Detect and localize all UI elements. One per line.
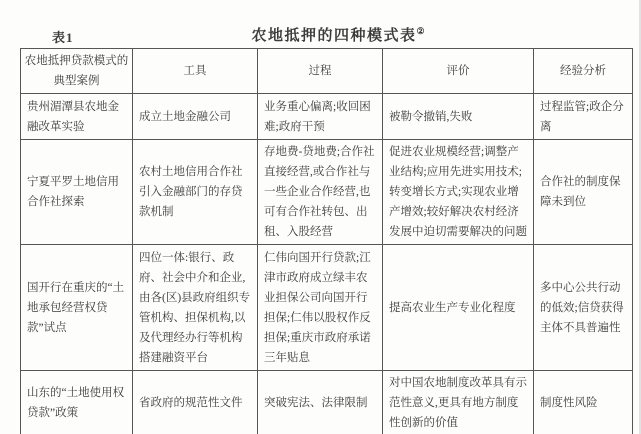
table-cell: 仁伟向国开行贷款;江津市政府成立绿丰农业担保公司向国开行担保;仁伟以股权作反担保… (258, 245, 383, 371)
table-cell: 贵州湄潭县农地金融改革实验 (21, 94, 133, 140)
table-row-shandong: 山东的“土地使用权贷款”政策 省政府的规范性文件 突破宪法、法律限制 对中国农地… (21, 371, 633, 434)
footnote-marker: ② (416, 26, 424, 36)
table-cell: 被勒令撤销,失败 (383, 94, 534, 140)
header-row: 农地抵押贷款模式的典型案例 工具 过程 评价 经验分析 (21, 49, 633, 94)
table-cell: 业务重心偏离;收回困难;政府干预 (258, 94, 383, 140)
column-header-typical-case: 农地抵押贷款模式的典型案例 (21, 49, 133, 94)
table-row-guizhou: 贵州湄潭县农地金融改革实验 成立土地金融公司 业务重心偏离;收回困难;政府干预 … (21, 94, 633, 140)
column-header-process: 过程 (258, 49, 383, 94)
table-cell: 四位一体:银行、政府、社会中介和企业,由各(区)县政府组织专管机构、担保机构,以… (133, 245, 258, 371)
table-number-label: 表1 (52, 27, 74, 46)
column-header-experience-analysis: 经验分析 (534, 49, 633, 94)
table-row-chongqing: 国开行在重庆的“土地承包经营权贷款”试点 四位一体:银行、政府、社会中介和企业,… (21, 245, 633, 371)
table-cell: 国开行在重庆的“土地承包经营权贷款”试点 (21, 245, 133, 371)
table-cell: 合作社的制度保障未到位 (534, 140, 633, 245)
table-cell: 过程监管;政企分离 (534, 94, 633, 140)
table-cell: 促进农业规模经营;调整产业结构;应用先进实用技术;转变增长方式;实现农业增产增效… (383, 140, 534, 245)
table-title-text: 农地抵押的四种模式表 (251, 28, 416, 44)
table-cell: 提高农业生产专业化程度 (383, 245, 534, 371)
table-cell: 突破宪法、法律限制 (258, 371, 383, 434)
table-cell: 省政府的规范性文件 (133, 371, 258, 434)
table-caption: 表1 农地抵押的四种模式表② (20, 24, 632, 46)
table-cell: 对中国农地制度改革具有示范性意义,更具有地方制度性创新的价值 (383, 371, 534, 434)
farmland-mortgage-models-table: 农地抵押贷款模式的典型案例 工具 过程 评价 经验分析 贵州湄潭县农地金融改革实… (20, 48, 633, 434)
column-header-evaluation: 评价 (383, 49, 534, 94)
table-cell: 宁夏平罗土地信用合作社探索 (21, 140, 133, 245)
table-cell: 存地费-贷地费;合作社直接经营,或合作社与一些企业合作经营,也可有合作社转包、出… (258, 140, 383, 245)
document-page: { "caption": { "label": "表1", "title": "… (0, 0, 641, 434)
table-cell: 制度性风险 (534, 371, 633, 434)
table-row-ningxia: 宁夏平罗土地信用合作社探索 农村土地信用合作社引入金融部门的存贷款机制 存地费-… (21, 140, 633, 245)
table-cell: 多中心公共行动的低效;信贷获得主体不具普遍性 (534, 245, 633, 371)
table-cell: 山东的“土地使用权贷款”政策 (21, 371, 133, 434)
table-cell: 成立土地金融公司 (133, 94, 258, 140)
column-header-tool: 工具 (133, 49, 258, 94)
table-title: 农地抵押的四种模式表② (20, 24, 632, 45)
table-cell: 农村土地信用合作社引入金融部门的存贷款机制 (133, 140, 258, 245)
